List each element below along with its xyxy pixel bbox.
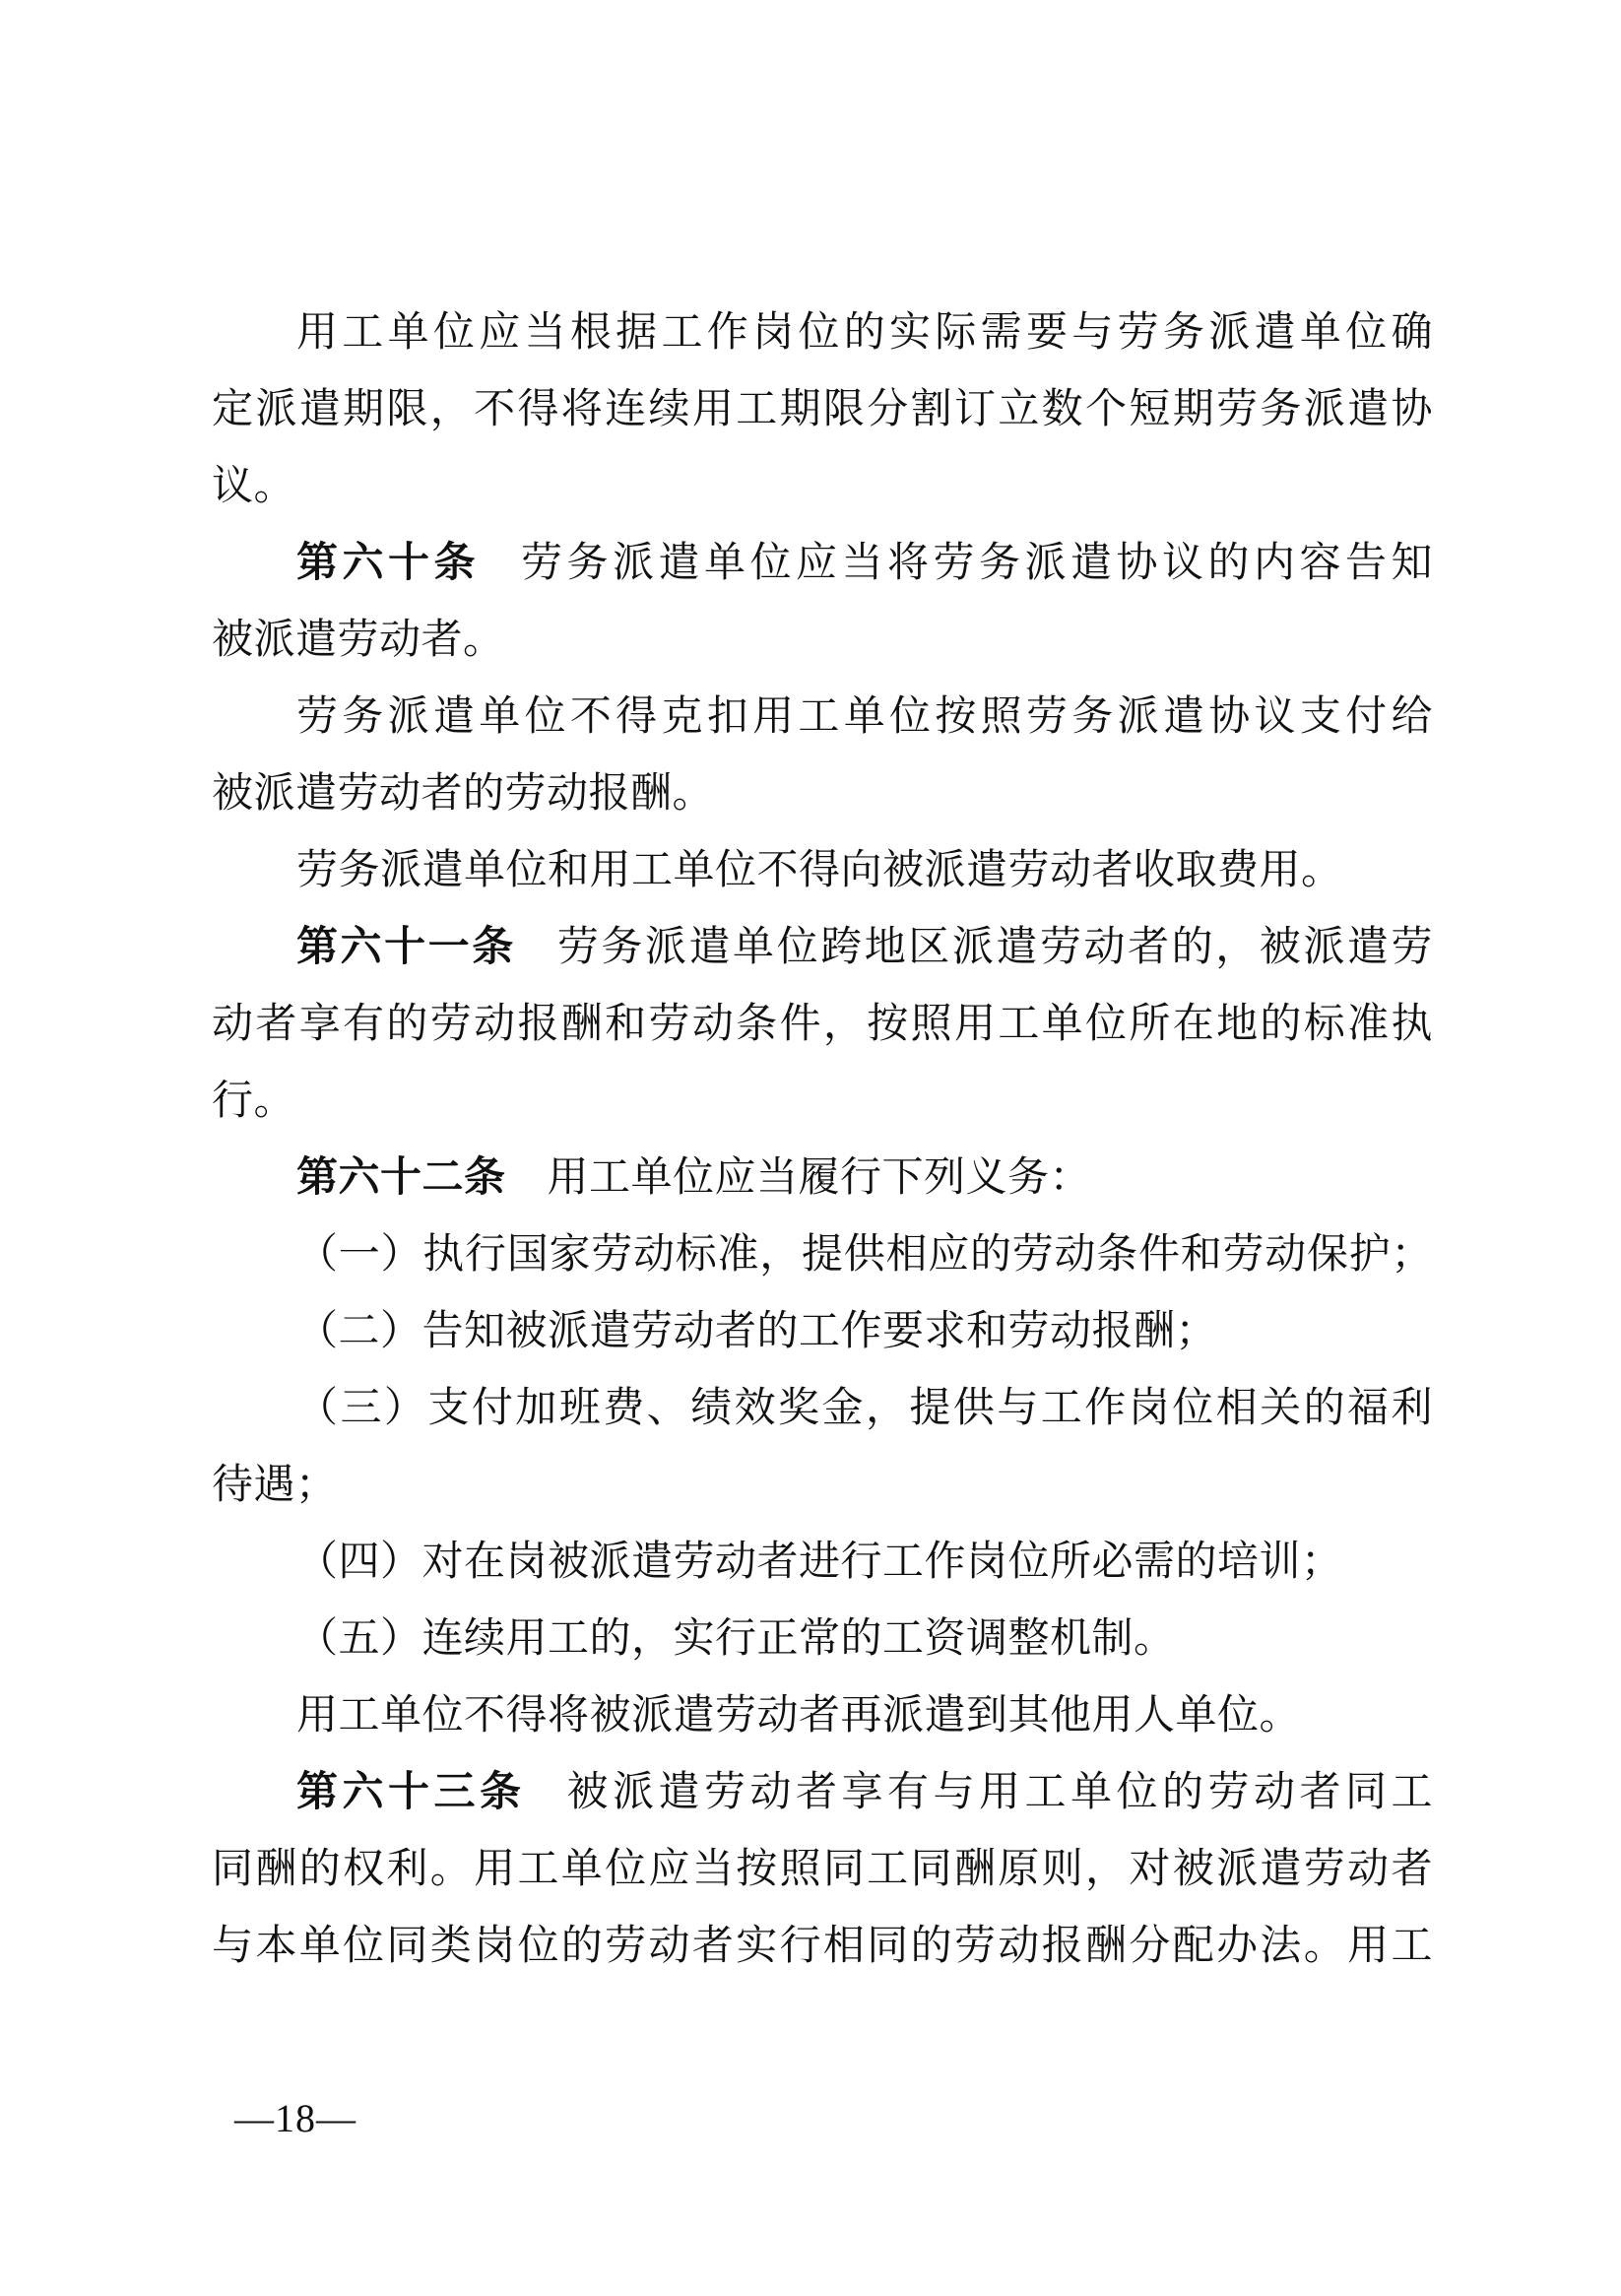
article-number: 第六十三条: [296, 1770, 526, 1815]
text-line: 用工单位不得将被派遣劳动者再派遣到其他用人单位。: [212, 1677, 1433, 1754]
page-number: —18—: [234, 2094, 357, 2143]
paragraph-list-item-3: （三）支付加班费、绩效奖金，提供与工作岗位相关的福利 待遇；: [212, 1370, 1433, 1524]
text-line: 第六十条劳务派遣单位应当将劳务派遣协议的内容告知: [212, 525, 1433, 602]
article-number: 第六十二条: [296, 1155, 506, 1201]
text-line: 动者享有的劳动报酬和劳动条件，按照用工单位所在地的标准执: [212, 986, 1433, 1063]
text-line: 同酬的权利。用工单位应当按照同工同酬原则，对被派遣劳动者: [212, 1831, 1433, 1908]
text-line: （五）连续用工的，实行正常的工资调整机制。: [212, 1601, 1433, 1677]
text-line: 劳务派遣单位和用工单位不得向被派遣劳动者收取费用。: [212, 832, 1433, 909]
text-line: 议。: [212, 448, 1433, 525]
line-text: 劳务派遣单位应当将劳务派遣协议的内容告知: [521, 541, 1433, 586]
text-line: （四）对在岗被派遣劳动者进行工作岗位所必需的培训；: [212, 1524, 1433, 1601]
article-number: 第六十条: [296, 541, 480, 586]
article-number: 第六十一条: [296, 925, 516, 970]
paragraph-article-62: 第六十二条用工单位应当履行下列义务：: [212, 1140, 1433, 1216]
text-line: 被派遣劳动者的劳动报酬。: [212, 755, 1433, 832]
paragraph-list-item-2: （二）告知被派遣劳动者的工作要求和劳动报酬；: [212, 1293, 1433, 1370]
text-line: 待遇；: [212, 1447, 1433, 1524]
text-line: （三）支付加班费、绩效奖金，提供与工作岗位相关的福利: [212, 1370, 1433, 1447]
paragraph-list-item-1: （一）执行国家劳动标准，提供相应的劳动条件和劳动保护；: [212, 1216, 1433, 1293]
text-line: 第六十三条被派遣劳动者享有与用工单位的劳动者同工: [212, 1754, 1433, 1831]
paragraph-list-item-5: （五）连续用工的，实行正常的工资调整机制。: [212, 1601, 1433, 1677]
line-text: 被派遣劳动者享有与用工单位的劳动者同工: [567, 1770, 1433, 1815]
paragraph-list-item-4: （四）对在岗被派遣劳动者进行工作岗位所必需的培训；: [212, 1524, 1433, 1601]
text-line: （一）执行国家劳动标准，提供相应的劳动条件和劳动保护；: [212, 1216, 1433, 1293]
paragraph: 劳务派遣单位不得克扣用工单位按照劳务派遣协议支付给 被派遣劳动者的劳动报酬。: [212, 679, 1433, 832]
document-page: 用工单位应当根据工作岗位的实际需要与劳务派遣单位确 定派遣期限，不得将连续用工期…: [0, 0, 1621, 2296]
text-line: （二）告知被派遣劳动者的工作要求和劳动报酬；: [212, 1293, 1433, 1370]
paragraph-article-60: 第六十条劳务派遣单位应当将劳务派遣协议的内容告知 被派遣劳动者。: [212, 525, 1433, 679]
paragraph: 用工单位不得将被派遣劳动者再派遣到其他用人单位。: [212, 1677, 1433, 1754]
text-line: 劳务派遣单位不得克扣用工单位按照劳务派遣协议支付给: [212, 679, 1433, 755]
paragraph: 劳务派遣单位和用工单位不得向被派遣劳动者收取费用。: [212, 832, 1433, 909]
line-text: 用工单位应当履行下列义务：: [548, 1155, 1092, 1201]
text-line: 与本单位同类岗位的劳动者实行相同的劳动报酬分配办法。用工: [212, 1908, 1433, 1985]
text-line: 用工单位应当根据工作岗位的实际需要与劳务派遣单位确: [212, 295, 1433, 371]
text-line: 行。: [212, 1063, 1433, 1140]
paragraph-article-61: 第六十一条劳务派遣单位跨地区派遣劳动者的，被派遣劳 动者享有的劳动报酬和劳动条件…: [212, 909, 1433, 1140]
text-line: 第六十二条用工单位应当履行下列义务：: [212, 1140, 1433, 1216]
text-line: 定派遣期限，不得将连续用工期限分割订立数个短期劳务派遣协: [212, 371, 1433, 448]
paragraph-article-63: 第六十三条被派遣劳动者享有与用工单位的劳动者同工 同酬的权利。用工单位应当按照同…: [212, 1754, 1433, 1985]
line-text: 劳务派遣单位跨地区派遣劳动者的，被派遣劳: [557, 925, 1433, 970]
paragraph: 用工单位应当根据工作岗位的实际需要与劳务派遣单位确 定派遣期限，不得将连续用工期…: [212, 295, 1433, 525]
text-line: 被派遣劳动者。: [212, 602, 1433, 679]
text-line: 第六十一条劳务派遣单位跨地区派遣劳动者的，被派遣劳: [212, 909, 1433, 986]
document-body: 用工单位应当根据工作岗位的实际需要与劳务派遣单位确 定派遣期限，不得将连续用工期…: [212, 295, 1433, 1985]
